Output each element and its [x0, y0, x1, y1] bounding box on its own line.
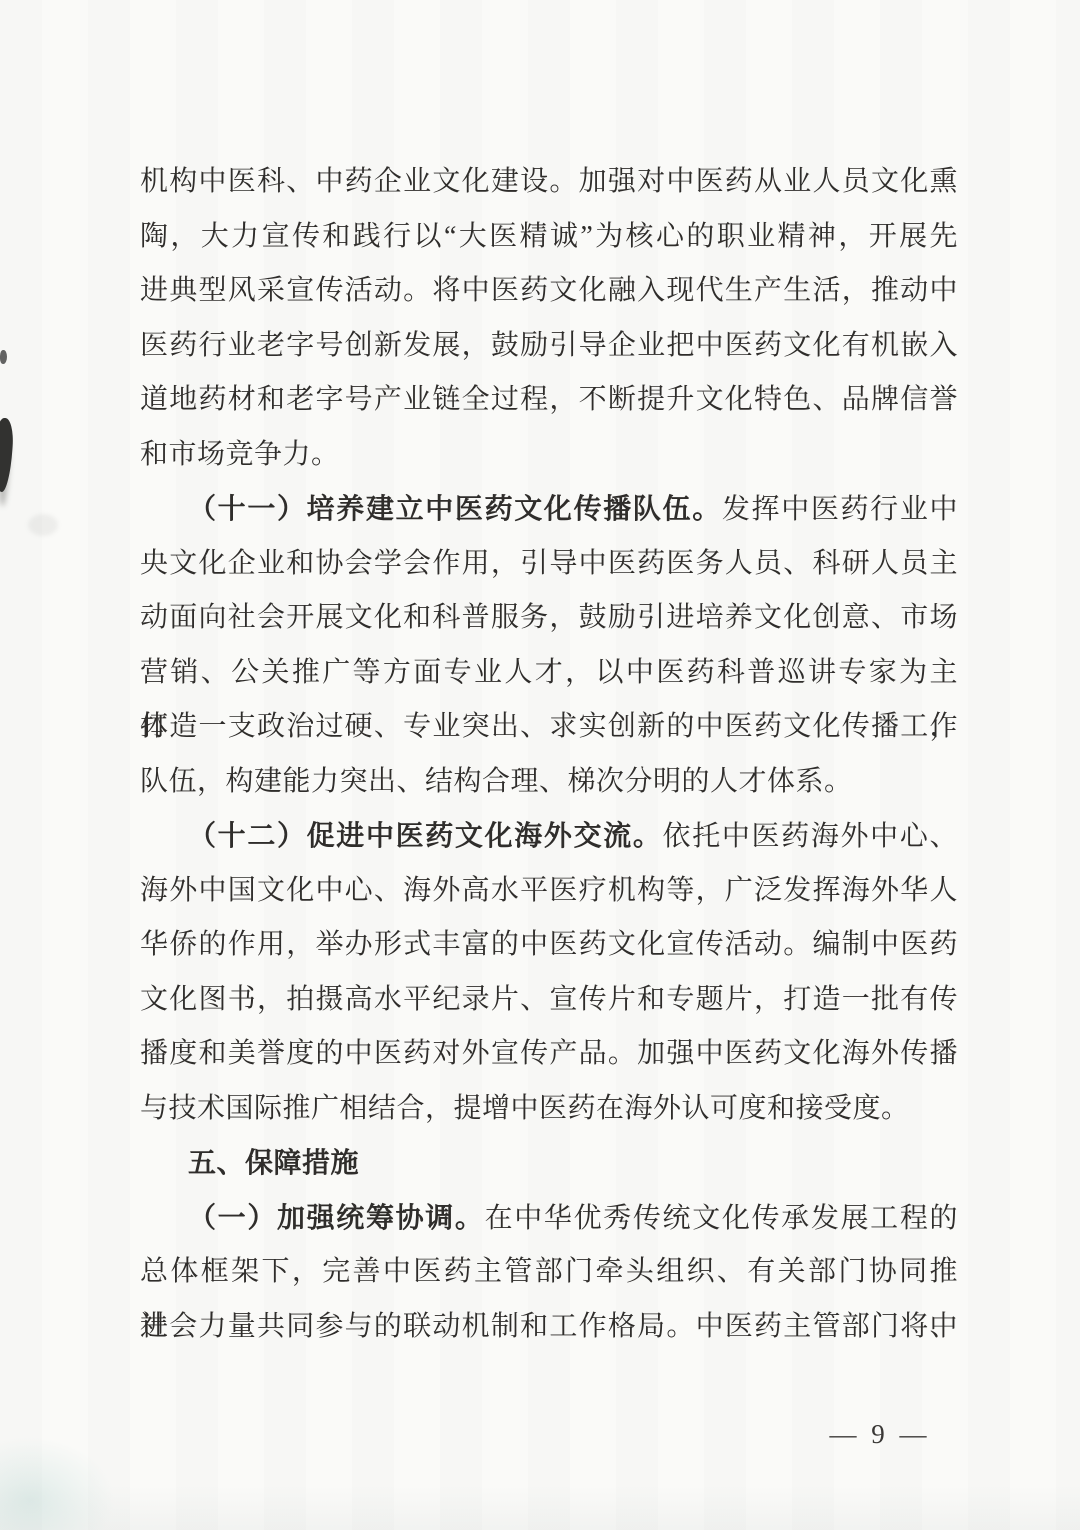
text-line: 动面向社会开展文化和科普服务，鼓励引进培养文化创意、市场 [140, 591, 958, 646]
body-text: 海外中国文化中心、海外高水平医疗机构等，广泛发挥海外华人 [140, 875, 958, 906]
text-line: 华侨的作用，举办形式丰富的中医药文化宣传活动。编制中医药 [140, 918, 958, 973]
body-text: 与技术国际推广相结合，提增中医药在海外认可度和接受度。 [140, 1093, 910, 1124]
text-line: 社会力量共同参与的联动机制和工作格局。中医药主管部门将中 [140, 1300, 958, 1355]
body-text: 队伍，构建能力突出、结构合理、梯次分明的人才体系。 [140, 766, 853, 797]
bold-run-in-heading: （十一）培养建立中医药文化传播队伍。 [188, 492, 722, 525]
body-text: 和市场竞争力。 [140, 439, 340, 470]
text-line: 机构中医科、中药企业文化建设。加强对中医药从业人员文化熏 [140, 155, 958, 210]
body-text: 机构中医科、中药企业文化建设。加强对中医药从业人员文化熏 [140, 166, 958, 197]
text-line: 央文化企业和协会学会作用，引导中医药医务人员、科研人员主 [140, 537, 958, 592]
text-line: 进典型风采宣传活动。将中医药文化融入现代生产生活，推动中 [140, 264, 958, 319]
text-line: 陶，大力宣传和践行以“大医精诚”为核心的职业精神，开展先 [140, 210, 958, 265]
text-block: 机构中医科、中药企业文化建设。加强对中医药从业人员文化熏陶，大力宣传和践行以“大… [140, 155, 958, 1354]
text-line: （一）加强统筹协调。在中华优秀传统文化传承发展工程的 [140, 1191, 958, 1246]
body-text: 进典型风采宣传活动。将中医药文化融入现代生产生活，推动中 [140, 275, 958, 306]
text-line: 队伍，构建能力突出、结构合理、梯次分明的人才体系。 [140, 755, 958, 810]
ink-smudge-artifact [0, 417, 15, 492]
text-line: 和市场竞争力。 [140, 428, 958, 483]
body-text: 央文化企业和协会学会作用，引导中医药医务人员、科研人员主 [140, 548, 958, 579]
body-text: 在中华优秀传统文化传承发展工程的 [485, 1203, 958, 1234]
body-text: 发挥中医药行业中 [722, 494, 958, 525]
body-text: 播度和美誉度的中医药对外宣传产品。加强中医药文化海外传播 [140, 1038, 958, 1069]
text-line: 道地药材和老字号产业链全过程，不断提升文化特色、品牌信誉 [140, 373, 958, 428]
text-line: （十二）促进中医药文化海外交流。依托中医药海外中心、 [140, 809, 958, 864]
text-line: 与技术国际推广相结合，提增中医药在海外认可度和接受度。 [140, 1082, 958, 1137]
body-text: 依托中医药海外中心、 [663, 821, 958, 852]
body-text: 动面向社会开展文化和科普服务，鼓励引进培养文化创意、市场 [140, 602, 958, 633]
body-text: 道地药材和老字号产业链全过程，不断提升文化特色、品牌信誉 [140, 384, 958, 415]
body-text: 陶，大力宣传和践行以“大医精诚”为核心的职业精神，开展先 [140, 221, 958, 252]
text-line: 五、保障措施 [140, 1136, 958, 1191]
faint-smudge-artifact [28, 514, 58, 536]
text-line: 海外中国文化中心、海外高水平医疗机构等，广泛发挥海外华人 [140, 864, 958, 919]
ink-dot-artifact [0, 350, 7, 364]
text-line: （十一）培养建立中医药文化传播队伍。发挥中医药行业中 [140, 482, 958, 537]
page-number: — 9 — [780, 1414, 980, 1454]
bold-run-in-heading: （一）加强统筹协调。 [188, 1201, 485, 1234]
body-text: 医药行业老字号创新发展，鼓励引导企业把中医药文化有机嵌入 [140, 330, 958, 361]
text-line: 打造一支政治过硬、专业突出、求实创新的中医药文化传播工作 [140, 700, 958, 755]
document-page: 机构中医科、中药企业文化建设。加强对中医药从业人员文化熏陶，大力宣传和践行以“大… [0, 0, 1080, 1530]
text-line: 医药行业老字号创新发展，鼓励引导企业把中医药文化有机嵌入 [140, 319, 958, 374]
body-text: 打造一支政治过硬、专业突出、求实创新的中医药文化传播工作 [140, 711, 958, 742]
body-text: 社会力量共同参与的联动机制和工作格局。中医药主管部门将中 [140, 1311, 958, 1342]
text-line: 播度和美誉度的中医药对外宣传产品。加强中医药文化海外传播 [140, 1027, 958, 1082]
bold-run-in-heading: 五、保障措施 [188, 1146, 359, 1179]
bold-run-in-heading: （十二）促进中医药文化海外交流。 [188, 819, 663, 852]
text-line: 总体框架下，完善中医药主管部门牵头组织、有关部门协同推进、 [140, 1245, 958, 1300]
body-text: 文化图书，拍摄高水平纪录片、宣传片和专题片，打造一批有传 [140, 984, 958, 1015]
text-line: 营销、公关推广等方面专业人才，以中医药科普巡讲专家为主体， [140, 646, 958, 701]
body-text: 华侨的作用，举办形式丰富的中医药文化宣传活动。编制中医药 [140, 929, 958, 960]
text-line: 文化图书，拍摄高水平纪录片、宣传片和专题片，打造一批有传 [140, 973, 958, 1028]
